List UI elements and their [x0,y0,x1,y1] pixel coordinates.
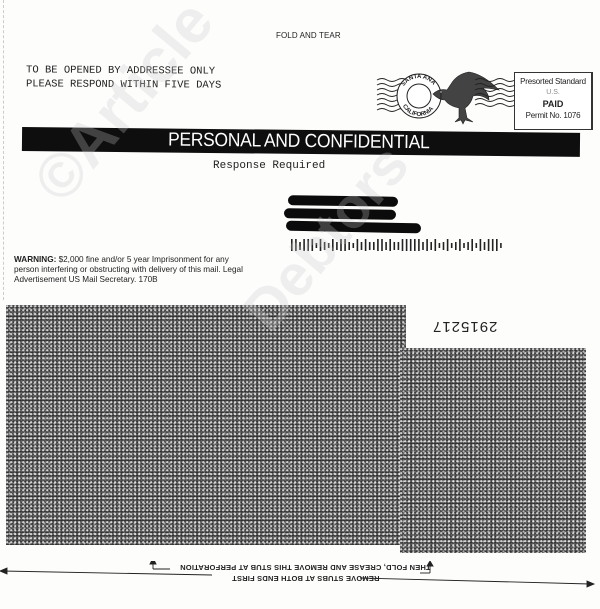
mail-warning-notice: WARNING: $2,000 fine and/or 5 year Impri… [14,255,254,285]
redacted-address-line [284,208,396,220]
redacted-address-line [288,195,398,207]
addressee-notice: TO BE OPENED BY ADDRESSEE ONLY PLEASE RE… [26,63,222,92]
stub-instruction-remove: REMOVE STUBS AT BOTH ENDS FIRST [232,574,379,583]
security-tint-panel [400,348,586,553]
serial-number: 2915217 [432,318,497,335]
paid-label: PAID [515,99,591,109]
perforation-edge [3,0,5,300]
notice-line-1: TO BE OPENED BY ADDRESSEE ONLY [26,63,221,78]
warning-label: WARNING: [14,255,56,264]
security-tint-panel [6,305,406,545]
redacted-address-line [286,221,421,234]
postmark-circle-icon: SANTA ANA CALIFORNIA [397,74,441,118]
banner-title: PERSONAL AND CONFIDENTIAL [168,130,430,155]
postal-barcode-icon [291,239,509,251]
stub-instruction-fold: THEN FOLD, CREASE AND REMOVE THIS STUB A… [180,563,431,572]
confidential-banner: PERSONAL AND CONFIDENTIAL [22,127,580,157]
fold-and-tear-label: FOLD AND TEAR [276,31,341,40]
presorted-standard-label: Presorted Standard [515,77,591,86]
permit-number: Permit No. 1076 [515,111,591,120]
postmark-stamp: SANTA ANA CALIFORNIA [375,68,515,134]
postage-permit-indicia: Presorted Standard U.S. PAID Permit No. … [514,72,593,130]
eagle-icon [433,72,499,124]
right-perforation-arrow-icon [360,578,590,584]
watermark-text: ©Article [20,0,228,216]
response-required-label: Response Required [213,160,325,172]
us-postage-label: U.S. [515,89,591,96]
notice-line-2: PLEASE RESPOND WITHIN FIVE DAYS [26,77,221,92]
